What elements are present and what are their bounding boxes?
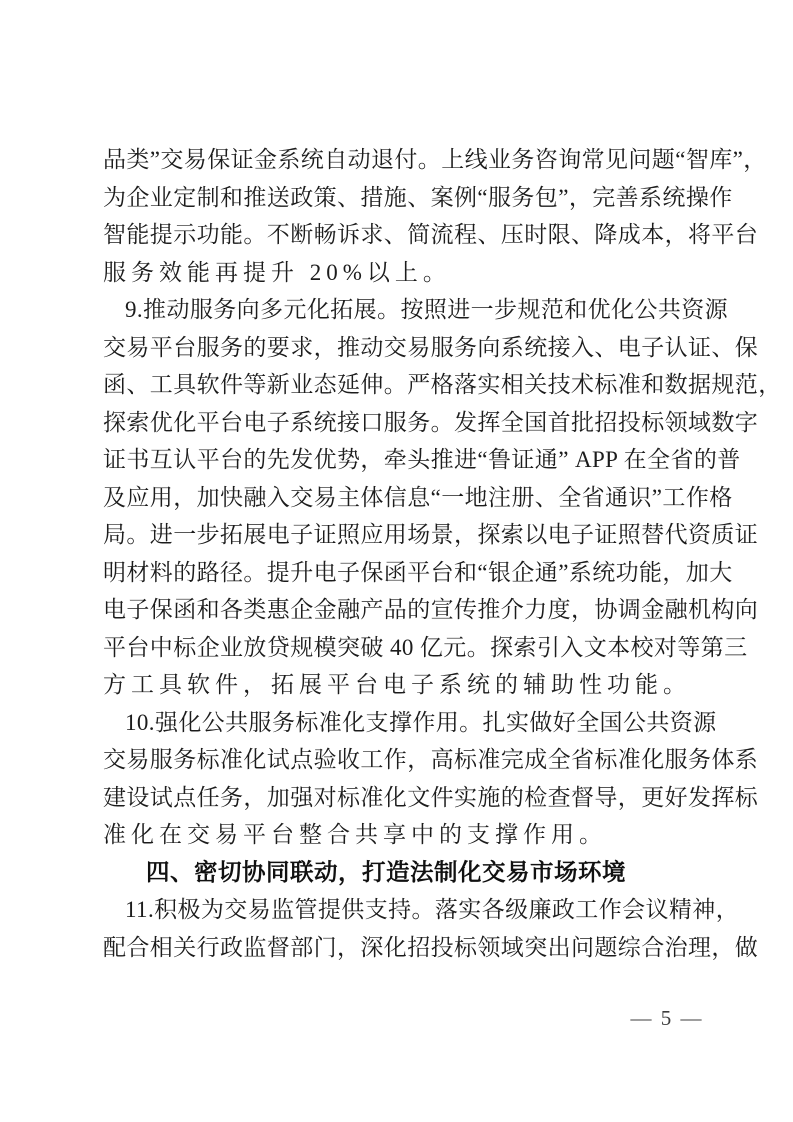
text-line: 准化在交易平台整合共享中的支撑作用。	[103, 816, 772, 854]
text-line: 平台中标企业放贷规模突破 40 亿元。探索引入文本校对等第三	[103, 629, 772, 667]
text-line: 函、工具软件等新业态延伸。严格落实相关技术标准和数据规范，	[103, 366, 772, 404]
text-line: 为企业定制和推送政策、措施、案例“服务包”，完善系统操作	[103, 179, 772, 217]
text-line: 品类”交易保证金系统自动退付。上线业务咨询常见问题“智库”，	[103, 141, 772, 179]
text-line: 电子保函和各类惠企金融产品的宣传推介力度，协调金融机构向	[103, 591, 772, 629]
text-line: 局。进一步拓展电子证照应用场景，探索以电子证照替代资质证	[103, 516, 772, 554]
text-line: 探索优化平台电子系统接口服务。发挥全国首批招投标领域数字	[103, 404, 772, 442]
text-line: 9.推动服务向多元化拓展。按照进一步规范和优化公共资源	[103, 291, 772, 329]
page-number: — 5 —	[622, 1003, 712, 1033]
text-line: 交易平台服务的要求，推动交易服务向系统接入、电子认证、保	[103, 329, 772, 367]
document-body: 品类”交易保证金系统自动退付。上线业务咨询常见问题“智库”，为企业定制和推送政策…	[103, 141, 772, 966]
text-line: 配合相关行政监督部门，深化招投标领域突出问题综合治理，做	[103, 929, 772, 967]
text-line: 及应用，加快融入交易主体信息“一地注册、全省通识”工作格	[103, 479, 772, 517]
text-line: 10.强化公共服务标准化支撑作用。扎实做好全国公共资源	[103, 704, 772, 742]
text-line: 智能提示功能。不断畅诉求、简流程、压时限、降成本，将平台	[103, 216, 772, 254]
section-heading: 四、密切协同联动，打造法制化交易市场环境	[103, 854, 772, 892]
text-line: 11.积极为交易监管提供支持。落实各级廉政工作会议精神，	[103, 891, 772, 929]
text-line: 证书互认平台的先发优势，牵头推进“鲁证通” APP 在全省的普	[103, 441, 772, 479]
text-line: 明材料的路径。提升电子保函平台和“银企通”系统功能，加大	[103, 554, 772, 592]
text-line: 交易服务标准化试点验收工作，高标准完成全省标准化服务体系	[103, 741, 772, 779]
text-line: 方工具软件，拓展平台电子系统的辅助性功能。	[103, 666, 772, 704]
document-page: 品类”交易保证金系统自动退付。上线业务咨询常见问题“智库”，为企业定制和推送政策…	[0, 0, 793, 1122]
text-line: 服务效能再提升 20%以上。	[103, 254, 772, 292]
text-line: 建设试点任务，加强对标准化文件实施的检查督导，更好发挥标	[103, 779, 772, 817]
